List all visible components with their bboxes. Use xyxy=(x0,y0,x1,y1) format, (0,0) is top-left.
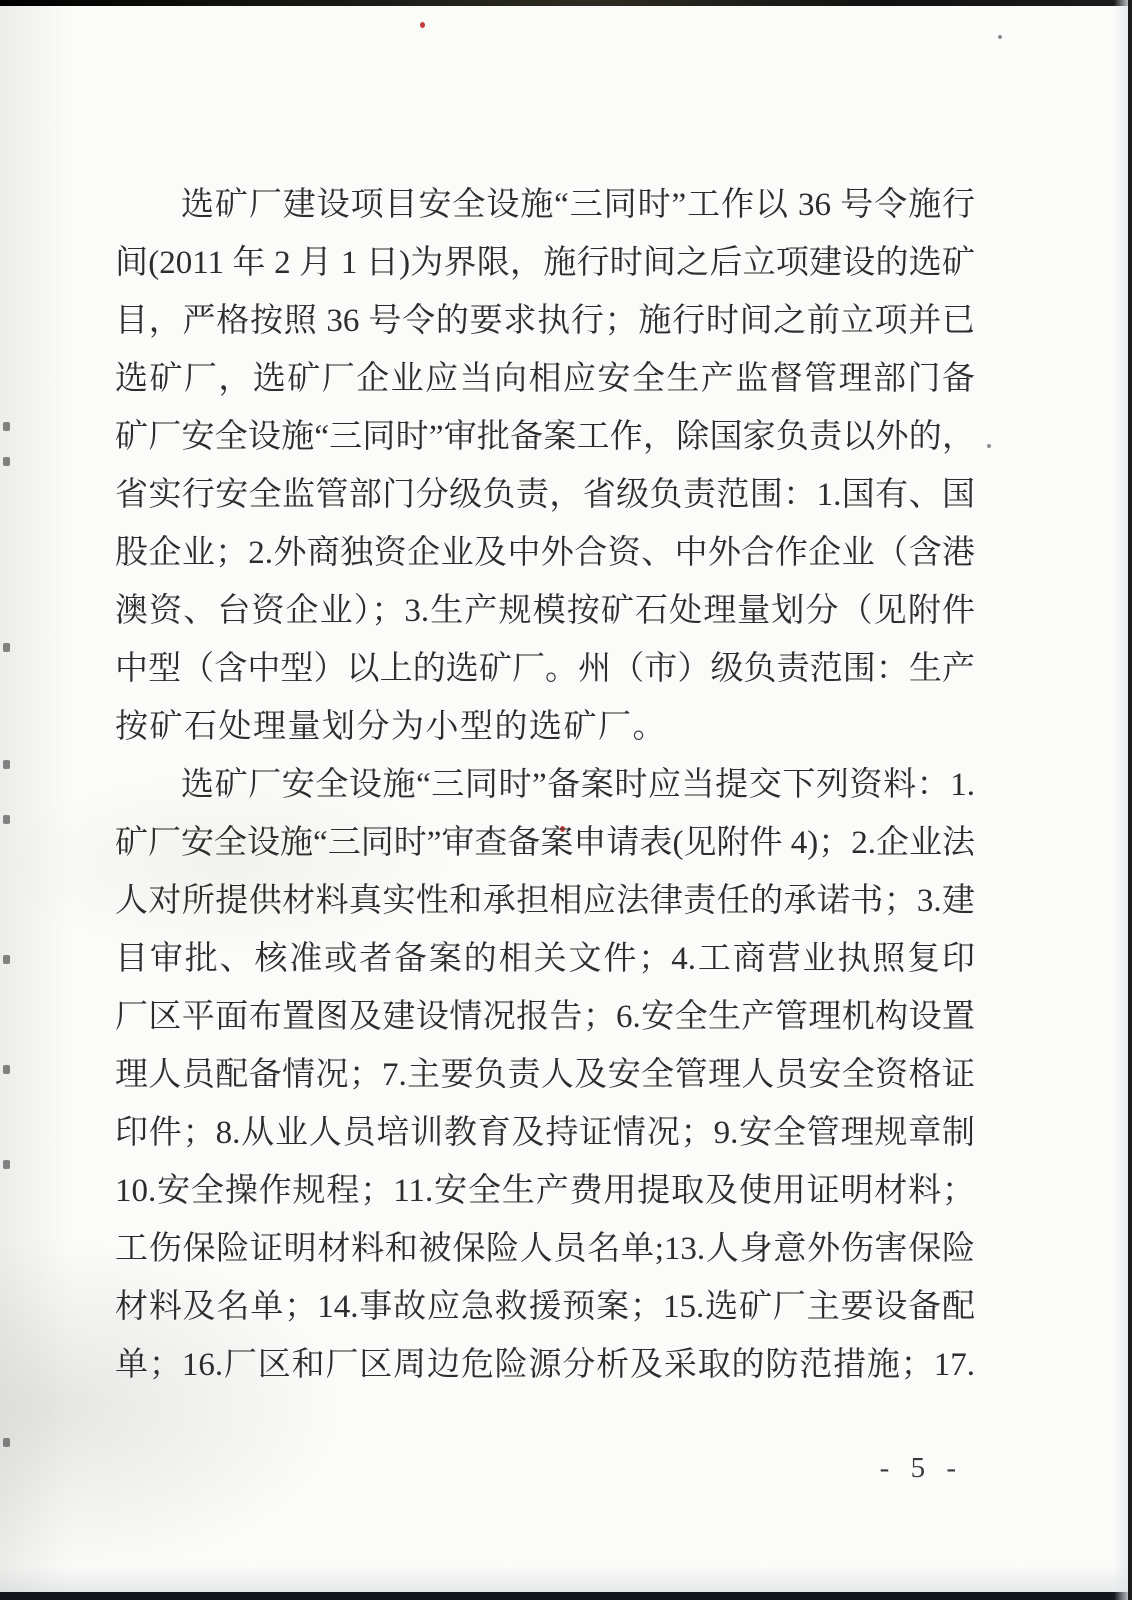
text-line: 选矿厂，选矿厂企业应当向相应安全生产监督管理部门备案。选 xyxy=(115,350,975,408)
text-line: 理人员配备情况；7.主要负责人及安全管理人员安全资格证书复 xyxy=(115,1046,975,1104)
scan-mark xyxy=(3,1160,10,1169)
scan-mark xyxy=(3,1438,10,1447)
text-line: 选矿厂安全设施“三同时”备案时应当提交下列资料：1.选 xyxy=(115,756,975,814)
text-line: 中型（含中型）以上的选矿厂。州（市）级负责范围：生产规模 xyxy=(115,640,975,698)
text-line: 省实行安全监管部门分级负责，省级负责范围：1.国有、国有控 xyxy=(115,466,975,524)
scan-mark xyxy=(3,955,10,964)
text-line: 间(2011 年 2 月 1 日)为界限，施行时间之后立项建设的选矿厂项 xyxy=(115,234,975,292)
paragraph: 选矿厂安全设施“三同时”备案时应当提交下列资料：1.选矿厂安全设施“三同时”审查… xyxy=(115,756,975,1394)
text-line: 目审批、核准或者备案的相关文件；4.工商营业执照复印件；5. xyxy=(115,930,975,988)
scan-mark xyxy=(3,815,10,824)
text-line: 选矿厂建设项目安全设施“三同时”工作以 36 号令施行时 xyxy=(115,176,975,234)
grey-speck xyxy=(998,35,1002,39)
text-line: 材料及名单；14.事故应急救援预案；15.选矿厂主要设备配置清 xyxy=(115,1278,975,1336)
scan-mark xyxy=(3,760,10,769)
scan-mark xyxy=(3,1065,10,1074)
scanned-document-page: 选矿厂建设项目安全设施“三同时”工作以 36 号令施行时间(2011 年 2 月… xyxy=(0,0,1132,1600)
scan-top-edge xyxy=(0,0,1132,6)
scan-right-edge xyxy=(1128,0,1132,1600)
scan-bottom-edge xyxy=(0,1592,1132,1600)
scan-right-shading xyxy=(1114,0,1128,1600)
text-line: 工伤保险证明材料和被保险人员名单;13.人身意外伤害保险证明 xyxy=(115,1220,975,1278)
scan-bottom-shading xyxy=(0,1566,1132,1592)
text-line: 股企业；2.外商独资企业及中外合资、中外合作企业（含港资、 xyxy=(115,524,975,582)
text-line: 澳资、台资企业）；3.生产规模按矿石处理量划分（见附件 3）为 xyxy=(115,582,975,640)
text-line: 厂区平面布置图及建设情况报告；6.安全生产管理机构设置及管 xyxy=(115,988,975,1046)
red-speck xyxy=(420,22,425,28)
text-block: 选矿厂建设项目安全设施“三同时”工作以 36 号令施行时间(2011 年 2 月… xyxy=(115,176,975,1394)
text-line: 人对所提供材料真实性和承担相应法律责任的承诺书；3.建设项 xyxy=(115,872,975,930)
page-number: - 5 - xyxy=(880,1452,963,1485)
text-line: 单；16.厂区和厂区周边危险源分析及采取的防范措施；17.具有 xyxy=(115,1336,975,1394)
text-line: 目，严格按照 36 号令的要求执行；施行时间之前立项并已建成的 xyxy=(115,292,975,350)
paragraph: 选矿厂建设项目安全设施“三同时”工作以 36 号令施行时间(2011 年 2 月… xyxy=(115,176,975,756)
scan-mark xyxy=(3,457,10,466)
text-line: 按矿石处理量划分为小型的选矿厂。 xyxy=(115,698,975,756)
text-line: 矿厂安全设施“三同时”审查备案申请表(见附件 4)；2.企业法 xyxy=(115,814,975,872)
text-line: 10.安全操作规程；11.安全生产费用提取及使用证明材料；12. xyxy=(115,1162,975,1220)
text-line: 印件；8.从业人员培训教育及持证情况；9.安全管理规章制度； xyxy=(115,1104,975,1162)
scan-mark xyxy=(3,643,10,652)
scan-mark xyxy=(3,422,10,431)
grey-speck xyxy=(987,444,991,448)
text-line: 矿厂安全设施“三同时”审批备案工作，除国家负责以外的，我 xyxy=(115,408,975,466)
